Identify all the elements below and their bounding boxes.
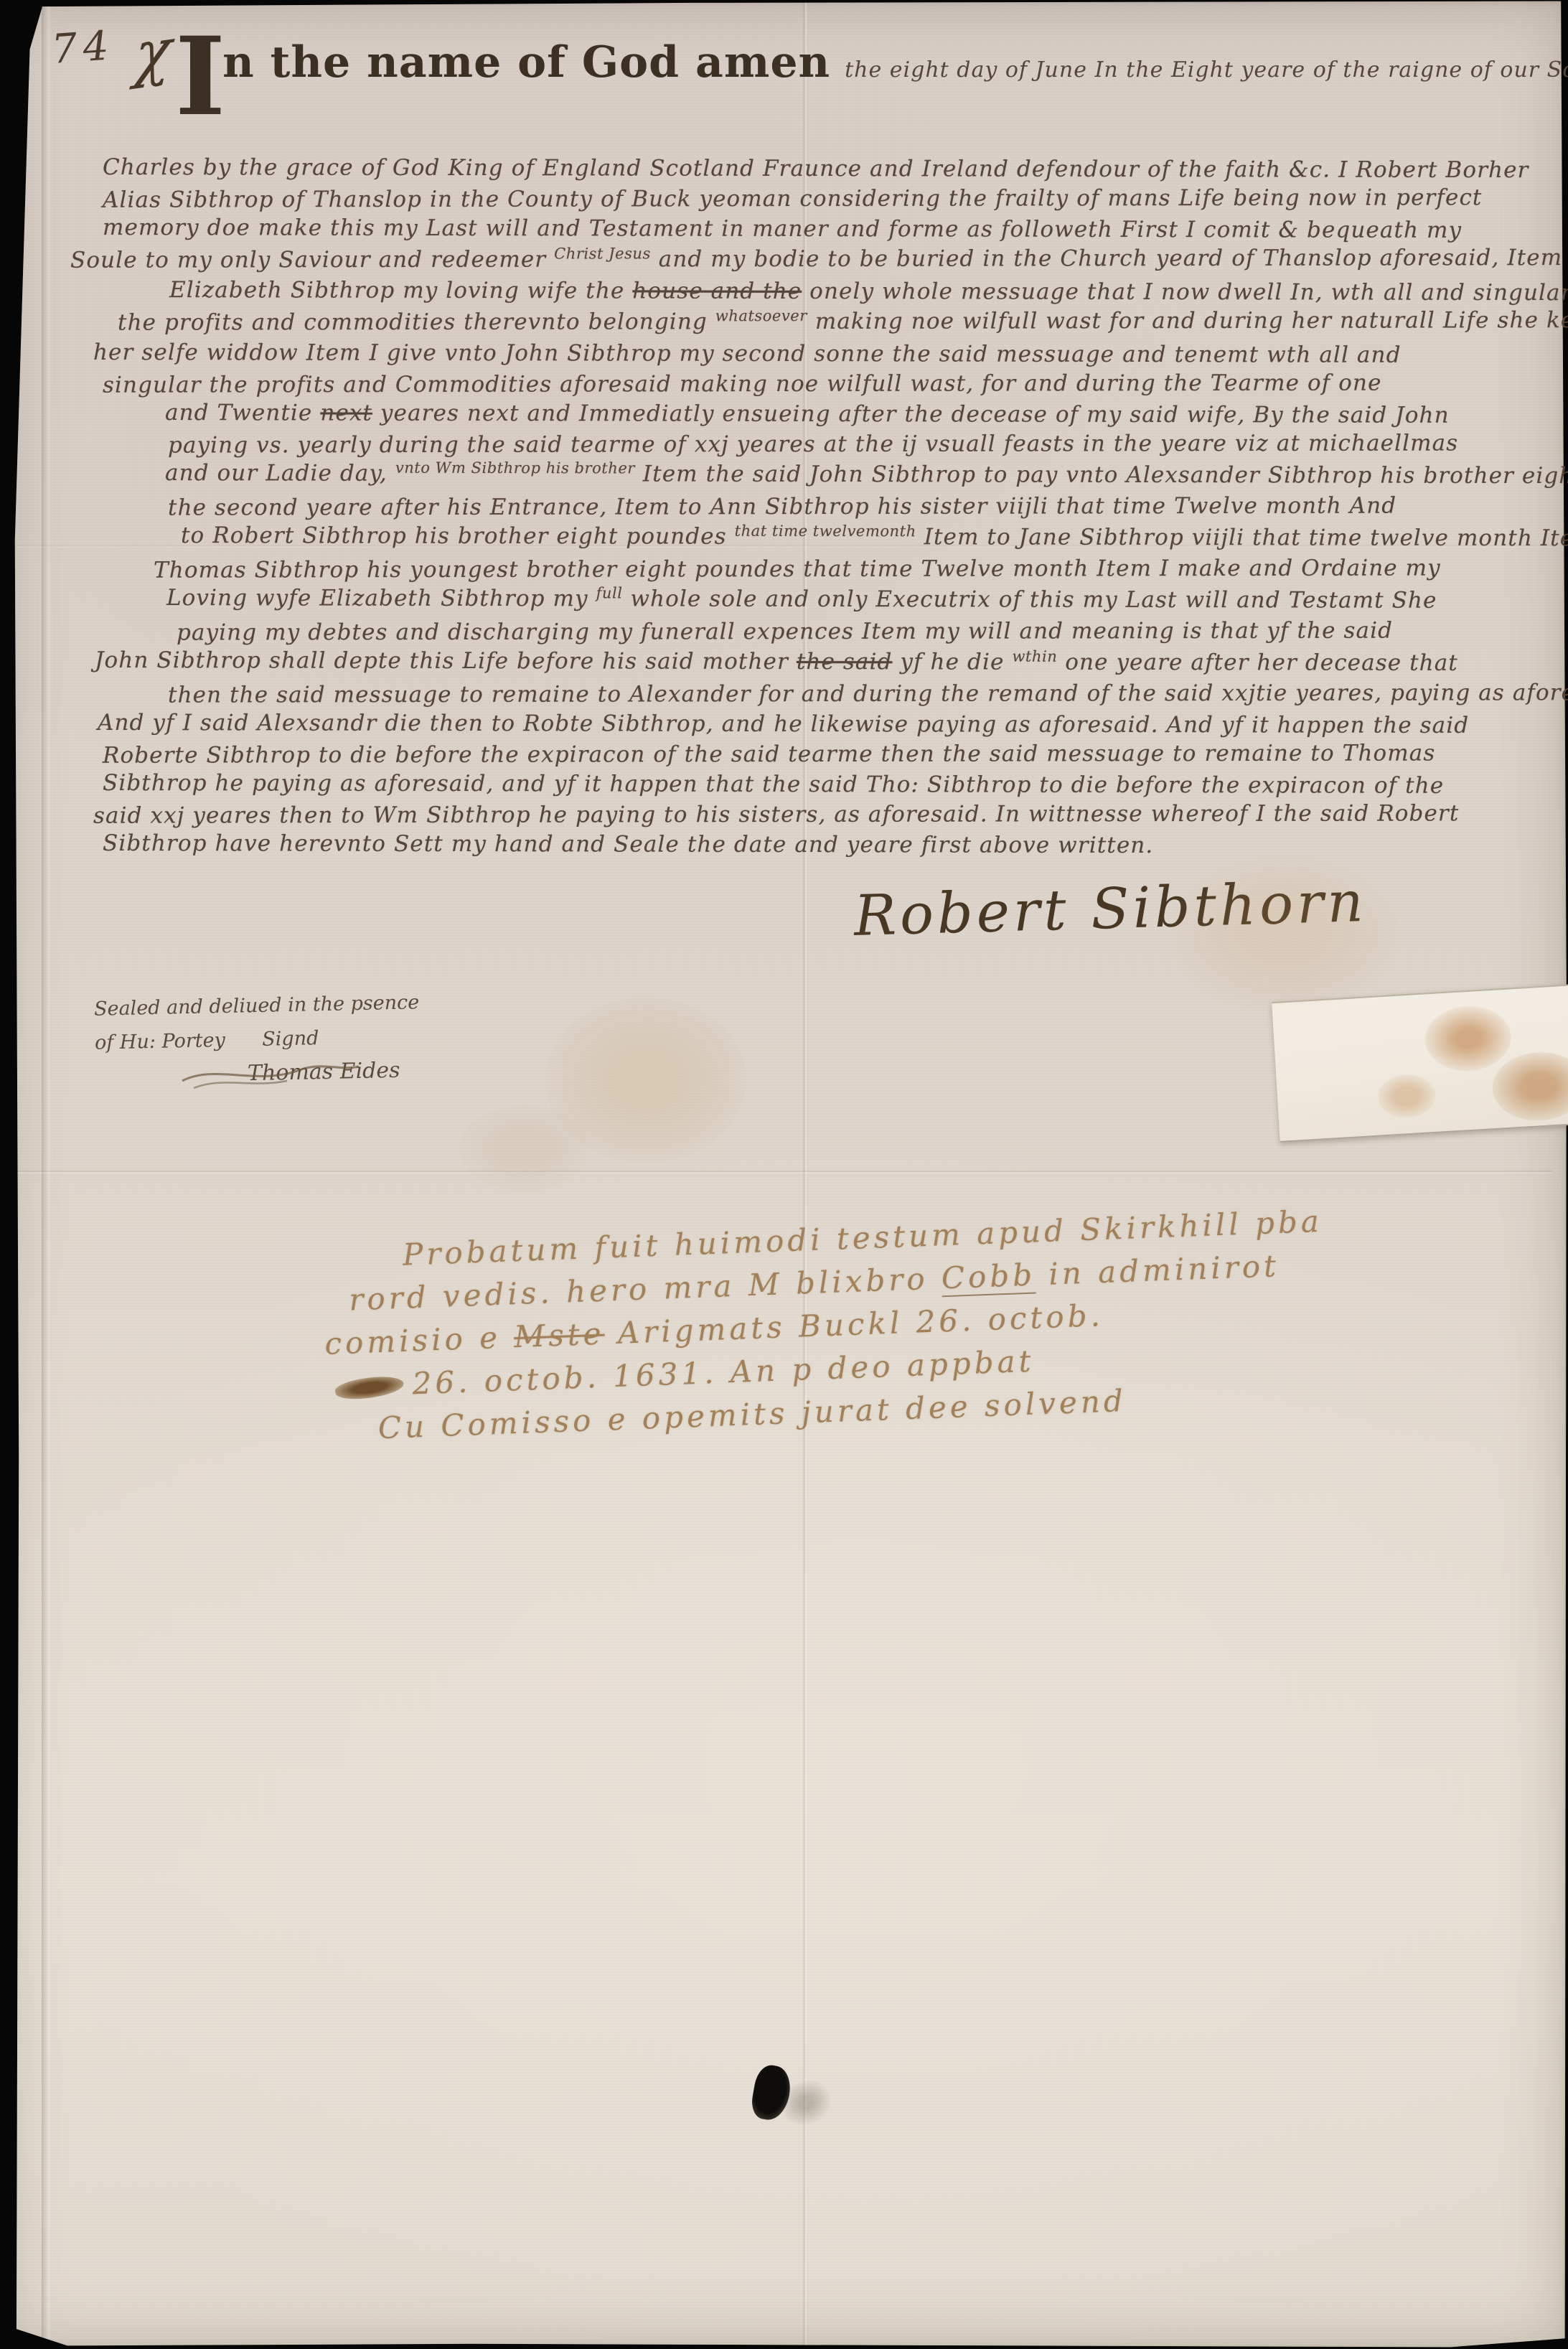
script-text: whole sole and only Executrix of this my… — [622, 586, 1437, 613]
manuscript-line: Sibthrop he paying as aforesaid, and yf … — [103, 768, 1495, 801]
archive-page-number: 74 — [50, 22, 116, 73]
script-text: Item the said John Sibthrop to pay vnto … — [635, 461, 1568, 489]
scanned-manuscript-page: 74 χ In the name of God amenthe eight da… — [0, 0, 1568, 2349]
manuscript-line: Elizabeth Sibthrop my loving wife the ho… — [169, 275, 1495, 308]
manuscript-line: then the said messuage to remaine to Ale… — [168, 677, 1495, 710]
script-text: singular the profits and Commodities afo… — [103, 370, 1382, 398]
will-body-text: Charles by the grace of God King of Engl… — [85, 154, 1495, 860]
manuscript-line: her selfe widdow Item I give vnto John S… — [93, 337, 1495, 370]
script-text: making noe wilfull wast for and during h… — [807, 307, 1568, 334]
script-text: then the said messuage to remaine to Ale… — [168, 680, 1568, 708]
script-text: paying my debtes and discharging my fune… — [177, 618, 1393, 646]
script-text: yeares next and Immediatly ensueing afte… — [372, 400, 1450, 428]
rust-stain — [1490, 1050, 1568, 1124]
manuscript-line: Alias Sibthrop of Thanslop in the County… — [103, 182, 1495, 215]
script-text: Roberte Sibthrop to die before the expir… — [103, 740, 1435, 768]
repair-paper-patch — [1272, 984, 1568, 1143]
script-text: paying vs. yearly during the said tearme… — [168, 430, 1458, 458]
manuscript-line: the second yeare after his Entrance, Ite… — [168, 490, 1495, 522]
script-text: And yf I said Alexsandr die then to Robt… — [98, 710, 1469, 739]
script-text: in adminirot — [1035, 1248, 1280, 1292]
script-text: onely whole messuage that I now dwell In… — [802, 278, 1568, 306]
illuminated-initial: I — [175, 14, 222, 140]
script-text: her selfe widdow Item I give vnto John S… — [93, 339, 1402, 368]
manuscript-line: John Sibthrop shall depte this Life befo… — [95, 645, 1495, 680]
manuscript-line: Sibthrop have herevnto Sett my hand and … — [103, 828, 1495, 861]
manuscript-line: and our Ladie day, vnto Wm Sibthrop his … — [165, 458, 1495, 493]
interlined-text: vnto Wm Sibthrop his brother — [395, 459, 635, 477]
struck-text: Mste — [513, 1316, 605, 1355]
manuscript-line: singular the profits and Commodities afo… — [103, 367, 1495, 400]
manuscript-line: Loving wyfe Elizabeth Sibthrop my full w… — [166, 583, 1495, 618]
script-text: memory doe make this my Last will and Te… — [103, 215, 1462, 243]
interlined-text: wthin — [1012, 647, 1057, 665]
ink-blot — [334, 1373, 405, 1402]
manuscript-line: paying vs. yearly during the said tearme… — [168, 428, 1495, 460]
script-text: Charles by the grace of God King of Engl… — [103, 154, 1529, 183]
script-text: Alias Sibthrop of Thanslop in the County… — [103, 184, 1483, 212]
manuscript-line: Roberte Sibthrop to die before the expir… — [103, 738, 1495, 770]
witness-flourish-mark — [179, 1059, 366, 1092]
manuscript-line: memory doe make this my Last will and Te… — [103, 212, 1495, 245]
interlined-text: full — [596, 583, 623, 601]
rust-stain — [1423, 1004, 1513, 1074]
struck-text: next — [320, 400, 372, 426]
horizontal-crease — [16, 1170, 1552, 1174]
heading-continuation-text: the eight day of June In the Eight yeare… — [845, 57, 1568, 83]
script-text: to Robert Sibthrop his brother eight pou… — [181, 522, 735, 550]
script-text: Sibthrop have herevnto Sett my hand and … — [103, 830, 1153, 858]
script-text: Cobb — [941, 1257, 1036, 1298]
manuscript-line: And yf I said Alexsandr die then to Robt… — [98, 708, 1495, 741]
script-text: Thomas Sibthrop his youngest brother eig… — [154, 555, 1441, 583]
script-text: comisio e — [324, 1319, 515, 1361]
witness-line: Sealed and deliued in the psence — [94, 985, 420, 1026]
will-opening-heading: In the name of God amenthe eight day of … — [175, 37, 1568, 88]
script-text: Loving wyfe Elizabeth Sibthrop my — [166, 585, 596, 611]
script-text: Elizabeth Sibthrop my loving wife the — [169, 277, 632, 304]
interlined-text: Christ Jesus — [554, 244, 651, 262]
script-text: John Sibthrop shall depte this Life befo… — [95, 647, 797, 675]
latin-probate-clause: Probatum fuit huimodi testum apud Skirkh… — [305, 1194, 1475, 1452]
script-text: Item to Jane Sibthrop viijli that time t… — [916, 524, 1568, 551]
script-text: one yeare after her decease that — [1057, 650, 1458, 676]
script-text: the profits and commodities therevnto be… — [118, 309, 715, 335]
script-text: and Twentie — [165, 400, 320, 426]
blackletter-heading-text: n the name of God amen — [222, 37, 830, 88]
manuscript-line: paying my debtes and discharging my fune… — [177, 615, 1495, 647]
pen-flourish-mark: χ — [133, 14, 174, 90]
script-text: yf he die — [892, 649, 1012, 675]
struck-text: house and the — [632, 278, 802, 304]
script-text: and my bodie to be buried in the Church … — [651, 245, 1568, 273]
script-text: and our Ladie day, — [165, 460, 395, 487]
script-text: the second yeare after his Entrance, Ite… — [168, 493, 1396, 521]
manuscript-line: Thomas Sibthrop his youngest brother eig… — [154, 553, 1495, 585]
script-text: Soule to my only Saviour and redeemer — [70, 247, 554, 273]
rust-stain — [1377, 1073, 1437, 1120]
manuscript-line: said xxj yeares then to Wm Sibthrop he p… — [93, 798, 1495, 830]
manuscript-line: to Robert Sibthrop his brother eight pou… — [181, 520, 1495, 555]
manuscript-line: and Twentie next yeares next and Immedia… — [165, 398, 1495, 431]
manuscript-line: the profits and commodities therevnto be… — [118, 305, 1495, 339]
manuscript-line: Soule to my only Saviour and redeemer Ch… — [70, 243, 1495, 277]
manuscript-line: Charles by the grace of God King of Engl… — [103, 152, 1495, 185]
script-text: Sibthrop he paying as aforesaid, and yf … — [103, 770, 1444, 799]
struck-text: the said — [797, 649, 893, 675]
left-edge-fold — [42, 0, 52, 2349]
script-text: said xxj yeares then to Wm Sibthrop he p… — [93, 800, 1459, 828]
interlined-text: that time twelvemonth — [735, 522, 916, 540]
interlined-text: whatsoever — [715, 306, 807, 324]
